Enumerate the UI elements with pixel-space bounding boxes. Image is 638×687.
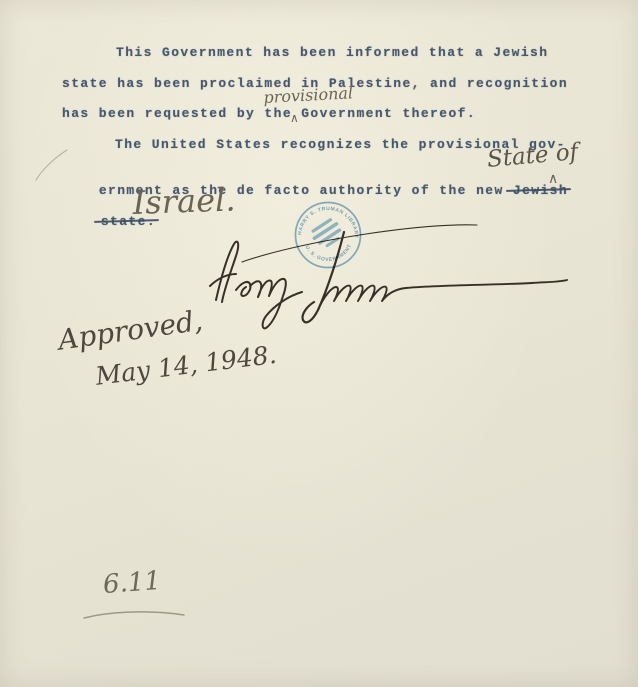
stamp-center-bars: [308, 216, 346, 252]
typed-line-3: has been requested by the Government the…: [62, 106, 476, 121]
typed-line-1: This Government has been informed that a…: [116, 45, 548, 60]
document-page: This Government has been informed that a…: [0, 0, 638, 687]
caret-mark-2: ∧: [548, 171, 558, 187]
handwritten-approved: Approved,: [56, 304, 205, 357]
pencil-margin-mark: [30, 146, 74, 184]
struck-word-jewish: Jewish: [513, 183, 568, 198]
caret-mark-1: ∧: [290, 111, 299, 125]
page-notation: 6.11: [102, 566, 162, 600]
truman-signature: Harry Truman: [196, 216, 576, 334]
handwritten-insertion-provisional: provisional: [263, 83, 353, 107]
truman-library-stamp: HARRY S. TRUMAN LIBRARY U. S. GOVERNMENT: [290, 197, 366, 273]
pencil-underline: [82, 608, 187, 622]
